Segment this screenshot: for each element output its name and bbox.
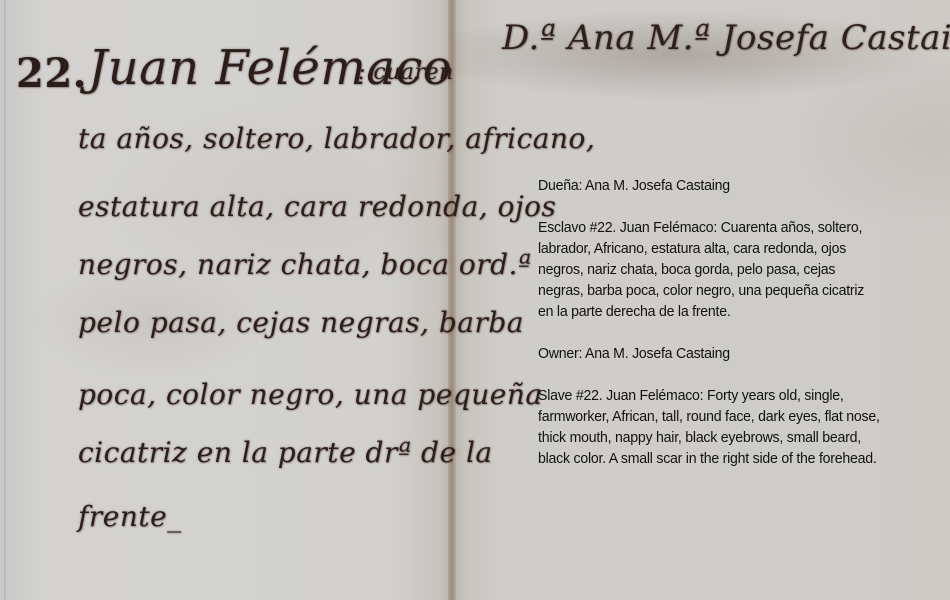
spanish-owner-line: Dueña: Ana M. Josefa Castaing: [538, 175, 910, 196]
english-owner-line: Owner: Ana M. Josefa Castaing: [538, 343, 910, 364]
handwritten-line: ta años, soltero, labrador, africano,: [78, 122, 595, 155]
handwritten-line: estatura alta, cara redonda, ojos: [78, 190, 556, 223]
english-entry-line: Slave #22. Juan Felémaco: Forty years ol…: [538, 385, 910, 406]
spanish-entry-line: en la parte derecha de la frente.: [538, 301, 910, 322]
english-entry-line: thick mouth, nappy hair, black eyebrows,…: [538, 427, 910, 448]
handwritten-line: pelo pasa, cejas negras, barba: [78, 306, 524, 339]
spanish-entry-line: negros, nariz chata, boca gorda, pelo pa…: [538, 259, 910, 280]
handwritten-line: poca, color negro, una pequeña: [78, 378, 543, 411]
english-entry-line: farmworker, African, tall, round face, d…: [538, 406, 910, 427]
transcription-block: Dueña: Ana M. Josefa Castaing Esclavo #2…: [538, 175, 910, 469]
handwritten-entry-number: 22.: [16, 50, 87, 97]
page-edge: [4, 0, 6, 600]
english-entry-line: black color. A small scar in the right s…: [538, 448, 910, 469]
handwritten-owner-heading: D.ª Ana M.ª Josefa Castaing: [502, 18, 950, 58]
handwritten-line: frente_: [78, 500, 182, 533]
spanish-entry-line: Esclavo #22. Juan Felémaco: Cuarenta año…: [538, 217, 910, 238]
handwritten-name-tail: : cuaren: [358, 60, 454, 85]
handwritten-line: negros, nariz chata, boca ord.ª: [78, 248, 532, 281]
handwritten-line: cicatriz en la parte drª de la: [78, 436, 493, 469]
spanish-entry-line: labrador, Africano, estatura alta, cara …: [538, 238, 910, 259]
spanish-entry-line: negras, barba poca, color negro, una peq…: [538, 280, 910, 301]
